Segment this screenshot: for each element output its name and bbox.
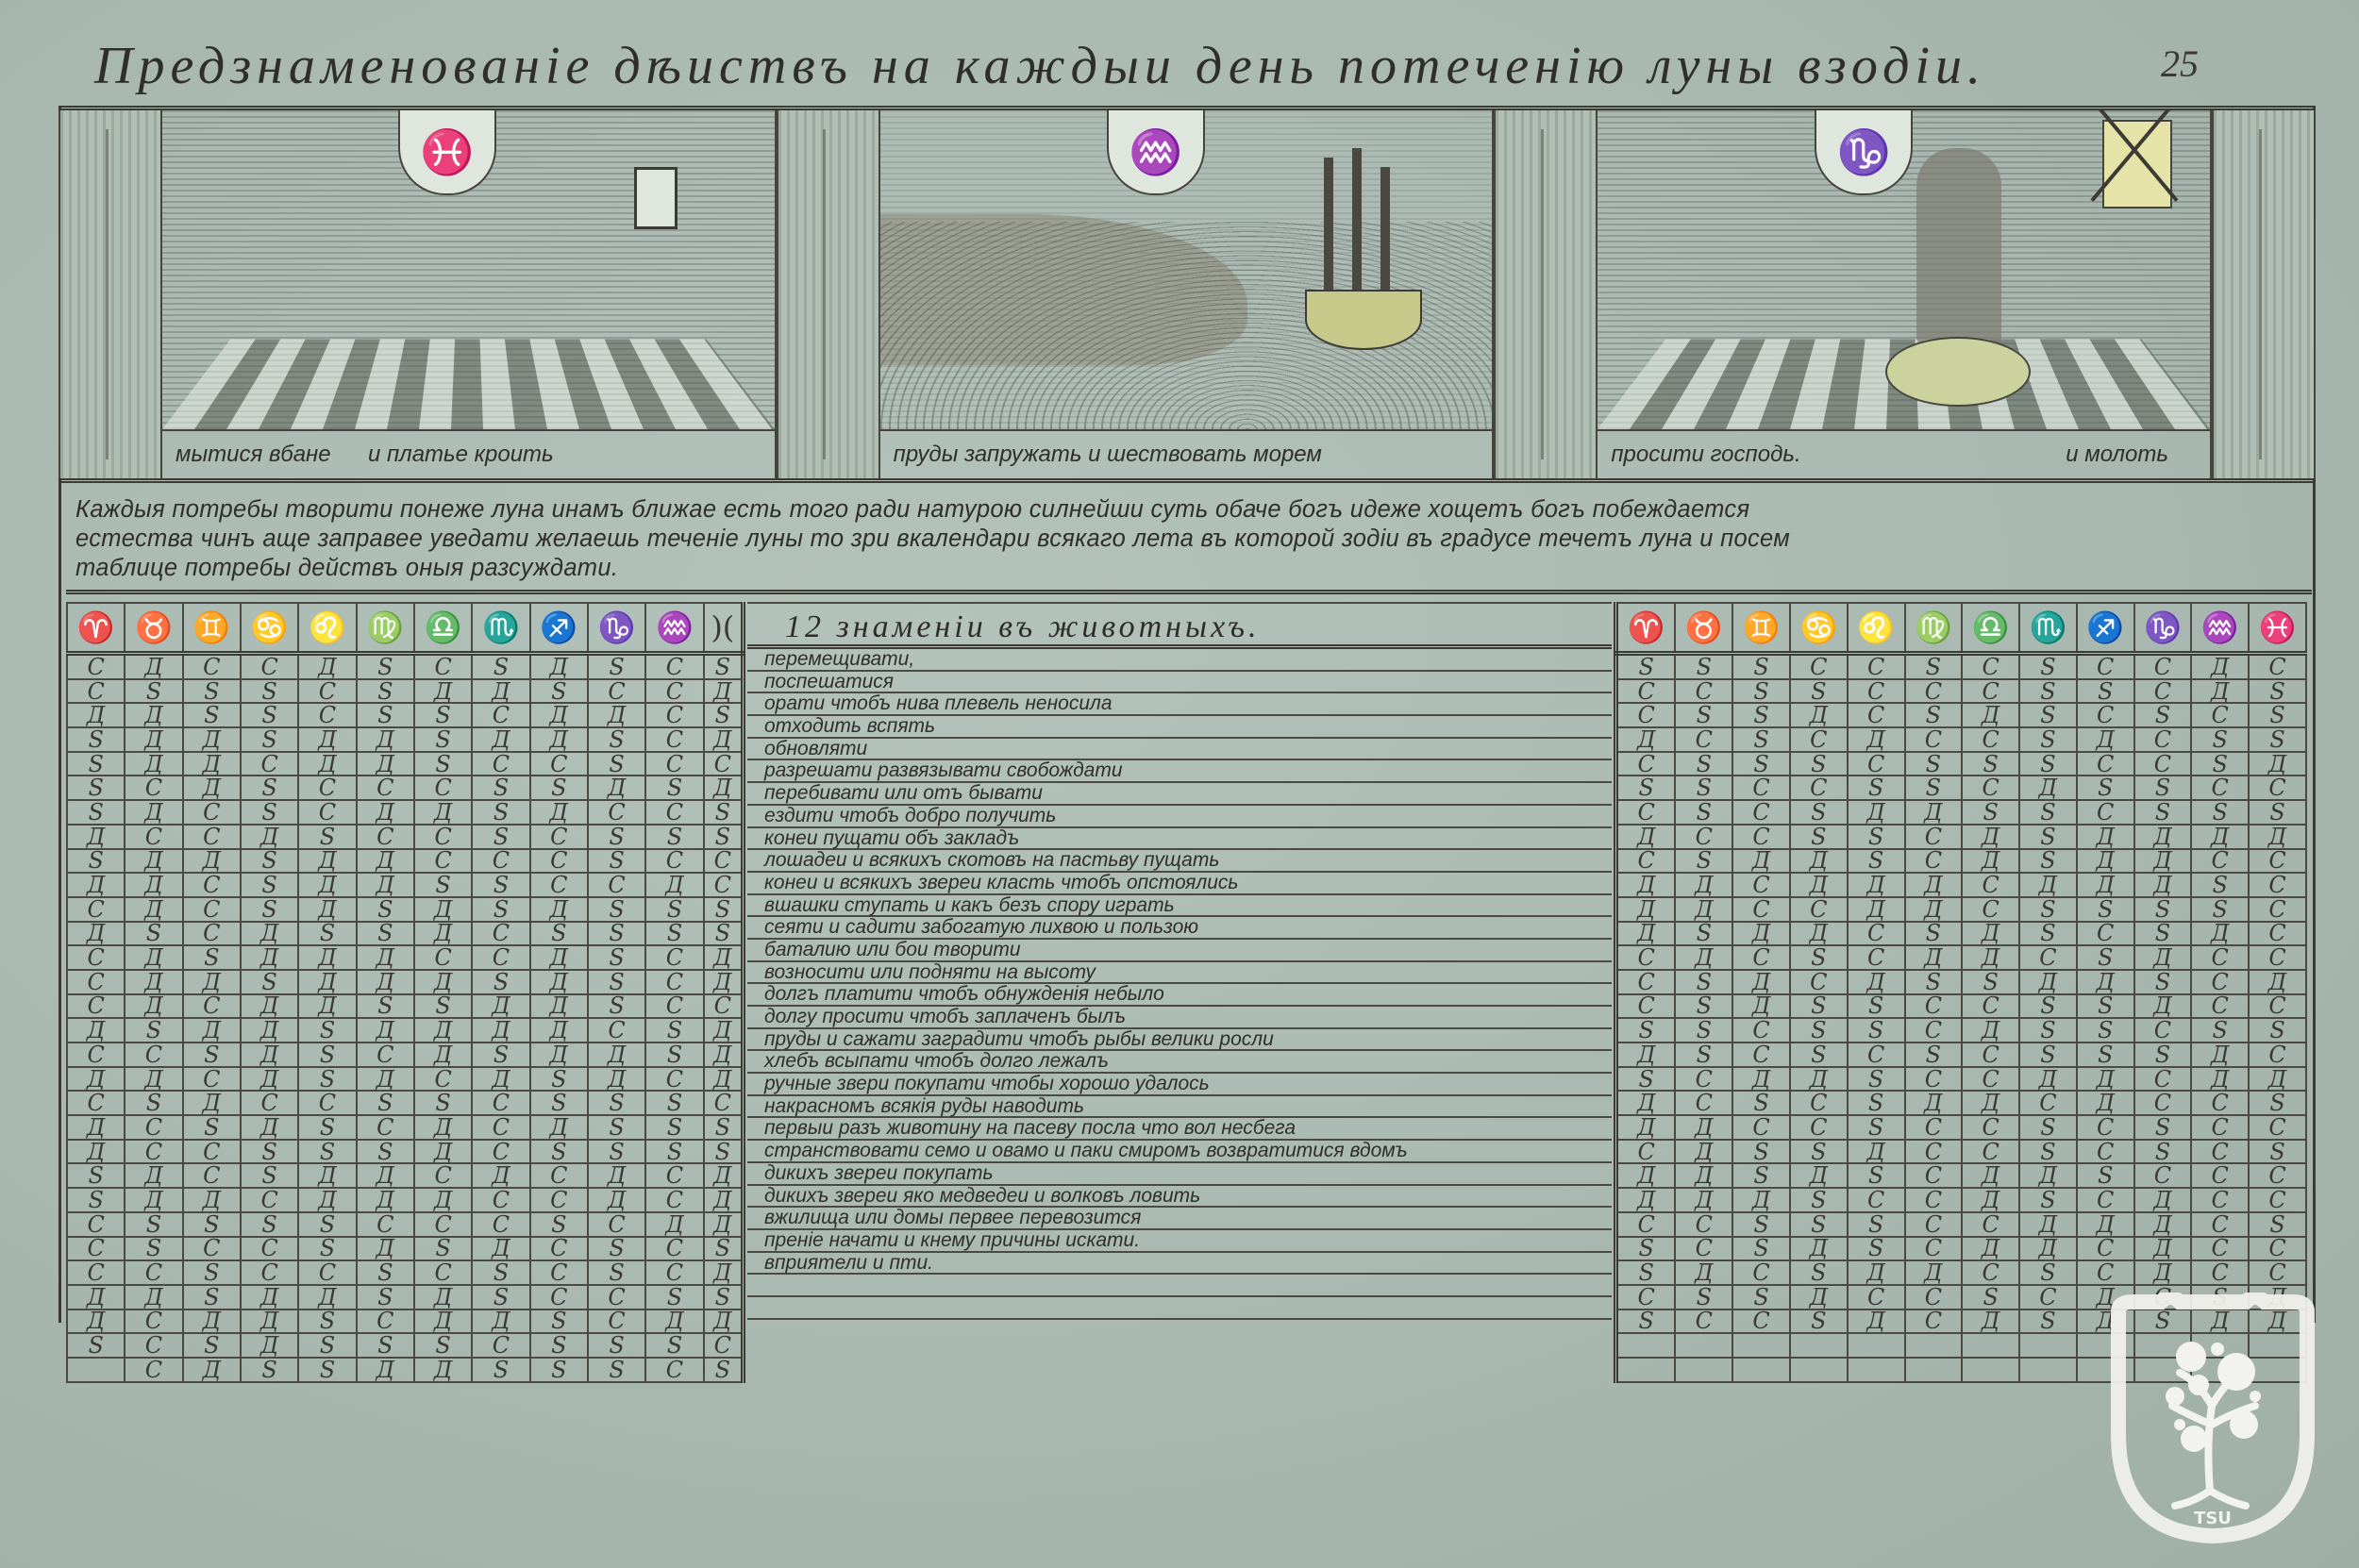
table-cell: S	[2019, 1115, 2077, 1140]
table-cell: S	[1616, 654, 1676, 679]
table-cell: S	[1962, 752, 2019, 776]
table-cell: Д	[1905, 873, 1963, 897]
window-icon	[634, 167, 678, 229]
table-cell: С	[2134, 654, 2192, 679]
table-cell: Д	[298, 1285, 356, 1309]
table-cell: S	[2077, 994, 2134, 1019]
table-cell: S	[1675, 1285, 1732, 1309]
table-cell: Д	[2249, 970, 2306, 994]
table-cell: Д	[1962, 825, 2019, 849]
table-cell: Д	[2191, 679, 2249, 704]
table-cell: С	[472, 945, 529, 970]
table-cell: С	[1905, 1067, 1963, 1092]
table-row: СДДSДДДSДSСД	[67, 970, 744, 994]
table-cell: S	[298, 1115, 356, 1140]
table-row: SДСSДДСSСДСС	[1616, 1260, 2307, 1285]
table-cell: С	[645, 727, 703, 752]
table-cell: Д	[588, 1163, 645, 1188]
table-cell: С	[1905, 1237, 1963, 1261]
table-row: ДССSSСДSДДДД	[1616, 825, 2307, 849]
table-cell: С	[125, 1043, 182, 1067]
table-cell	[2019, 1333, 2077, 1358]
table-cell: Д	[1790, 1285, 1848, 1309]
table-cell	[2019, 1358, 2077, 1382]
table-cell: Д	[357, 873, 414, 897]
table-cell: Д	[704, 970, 744, 994]
table-cell: S	[1790, 1260, 1848, 1285]
table-cell: С	[1732, 825, 1790, 849]
table-cell	[1616, 1358, 1676, 1382]
table-cell: Д	[472, 1163, 529, 1188]
table-cell: Д	[414, 1140, 472, 1164]
table-cell: С	[298, 800, 356, 825]
table-cell: S	[2019, 727, 2077, 752]
table-cell: S	[67, 752, 125, 776]
table-cell: S	[588, 970, 645, 994]
table-cell: С	[1905, 1212, 1963, 1237]
table-cell: S	[704, 1237, 744, 1261]
table-cell: Д	[414, 1188, 472, 1212]
table-cell: S	[1616, 1237, 1676, 1261]
table-cell: С	[67, 897, 125, 922]
table-cell: S	[2191, 873, 2249, 897]
table-row: СSДSSССSSДСС	[1616, 994, 2307, 1019]
table-cell: S	[357, 1285, 414, 1309]
table-cell: С	[530, 1188, 588, 1212]
table-cell: Д	[645, 873, 703, 897]
table-cell: S	[1790, 1018, 1848, 1043]
table-cell: С	[645, 1163, 703, 1188]
table-cell: Д	[414, 1309, 472, 1334]
table-cell: С	[1905, 994, 1963, 1019]
table-cell: С	[1905, 1140, 1963, 1164]
table-cell: Д	[357, 1163, 414, 1188]
table-cell: С	[67, 1260, 125, 1285]
table-cell: S	[67, 800, 125, 825]
table-cell: Д	[183, 776, 241, 800]
table-cell: С	[414, 1163, 472, 1188]
table-cell: S	[588, 1140, 645, 1164]
table-cell: Д	[357, 1067, 414, 1092]
table-cell: С	[125, 1115, 182, 1140]
zodiac-header-icon: ♌	[298, 603, 356, 654]
table-cell: S	[1905, 654, 1963, 679]
table-cell: S	[1732, 727, 1790, 752]
table-cell: С	[414, 849, 472, 874]
table-cell: С	[472, 1333, 529, 1358]
table-cell	[1962, 1358, 2019, 1382]
zodiac-header-icon: ♏	[2019, 603, 2077, 654]
table-cell: Д	[704, 945, 744, 970]
table-cell: S	[2019, 922, 2077, 946]
table-cell: Д	[2019, 1237, 2077, 1261]
activity-row: конеи и всякихъ звереи класть чтобъ опст…	[747, 873, 1612, 895]
table-row: СДSДДДССДSСД	[67, 945, 744, 970]
table-cell: С	[298, 703, 356, 727]
table-cell: Д	[530, 727, 588, 752]
table-cell: С	[298, 776, 356, 800]
table-cell: Д	[1962, 922, 2019, 946]
table-cell: S	[2019, 1043, 2077, 1067]
page-number: 25	[2161, 42, 2199, 86]
table-cell: Д	[125, 654, 182, 679]
table-cell: Д	[125, 970, 182, 994]
panel-caption: мытися вбане и платье кроить	[162, 429, 775, 478]
activity-row: баталию или бои творити	[747, 940, 1612, 962]
table-cell: S	[1616, 776, 1676, 800]
table-cell: С	[645, 970, 703, 994]
table-cell: S	[472, 1285, 529, 1309]
table-cell: S	[530, 679, 588, 704]
table-cell: Д	[414, 1285, 472, 1309]
table-row: ССSССSСSСSСД	[67, 1260, 744, 1285]
table-cell: Д	[414, 800, 472, 825]
table-cell: S	[645, 1115, 703, 1140]
table-cell: Д	[241, 1018, 298, 1043]
table-cell: С	[1732, 1115, 1790, 1140]
table-cell: S	[704, 703, 744, 727]
zodiac-header-icon: ♎	[414, 603, 472, 654]
table-cell: С	[645, 1188, 703, 1212]
table-cell: С	[2191, 945, 2249, 970]
table-cell: Д	[2191, 654, 2249, 679]
table-cell: Д	[67, 873, 125, 897]
table-row: ДДСДДДСДДДSС	[1616, 873, 2307, 897]
intro-line: таблице потребы действъ оныя разсуждати.	[75, 554, 2284, 583]
table-cell: Д	[2191, 1067, 2249, 1092]
table-cell: S	[530, 1067, 588, 1092]
illustration-panel-throne: ♑ просити господь. и молоть	[1598, 110, 2212, 478]
table-cell: С	[357, 1309, 414, 1334]
table-cell	[1790, 1358, 1848, 1382]
activity-row: возносити или подняти на высоту	[747, 962, 1612, 985]
table-cell: С	[125, 1260, 182, 1285]
table-cell: Д	[67, 1018, 125, 1043]
table-cell: S	[1848, 776, 1905, 800]
table-cell	[1675, 1358, 1732, 1382]
table-cell	[1790, 1333, 1848, 1358]
table-cell: Д	[1905, 945, 1963, 970]
table-cell: S	[241, 679, 298, 704]
table-cell: S	[472, 800, 529, 825]
table-cell: S	[298, 1309, 356, 1334]
table-cell: Д	[2249, 752, 2306, 776]
table-cell: С	[1905, 825, 1963, 849]
table-cell: Д	[1616, 1115, 1676, 1140]
table-cell: S	[530, 1212, 588, 1237]
table-cell: Д	[2249, 1067, 2306, 1092]
activity-row: первыи разъ животину на пасеву посла что…	[747, 1118, 1612, 1141]
table-cell: Д	[183, 970, 241, 994]
table-cell: Д	[298, 994, 356, 1019]
table-cell: Д	[357, 945, 414, 970]
table-cell: S	[2134, 1115, 2192, 1140]
table-cell: Д	[1732, 849, 1790, 874]
table-cell: С	[1848, 654, 1905, 679]
table-cell: С	[2191, 776, 2249, 800]
table-cell: С	[1790, 1115, 1848, 1140]
activity-row: ездити чтобъ добро получить	[747, 806, 1612, 828]
table-cell: S	[472, 970, 529, 994]
right-zodiac-grid: ♈♉♊♋♌♍♎♏♐♑♒♓ SSSССSСSССДСССSSСССSSСДSСSS…	[1614, 602, 2307, 1383]
table-cell: S	[241, 873, 298, 897]
table-cell: S	[2019, 1260, 2077, 1285]
table-cell: S	[241, 727, 298, 752]
left-zodiac-grid: ♈♉♊♋♌♍♎♏♐♑♒)( СДССДSСSДSСSСSSSСSДДSССДДД…	[66, 602, 745, 1383]
table-row: СSСSДДSSСSSS	[1616, 800, 2307, 825]
table-cell: С	[645, 654, 703, 679]
zodiac-header-icon: ♌	[1848, 603, 1905, 654]
table-cell: Д	[2134, 1237, 2192, 1261]
table-row: SДДSДДSДДSСД	[67, 727, 744, 752]
table-row: СДСSДSДSДSSS	[67, 897, 744, 922]
table-cell: S	[588, 1091, 645, 1115]
activity-row: долгу просити чтобъ заплаченъ былъ	[747, 1007, 1612, 1029]
zodiac-header-icon: ♈	[1616, 603, 1676, 654]
table-cell: Д	[645, 1309, 703, 1334]
table-cell: Д	[241, 825, 298, 849]
table-cell: S	[1848, 849, 1905, 874]
table-cell: S	[1732, 1163, 1790, 1188]
table-cell: Д	[1848, 1260, 1905, 1285]
aquarius-icon: ♒	[1107, 110, 1205, 195]
table-cell: С	[645, 800, 703, 825]
table-cell: S	[241, 1140, 298, 1164]
activity-row: орати чтобъ нива плевель неносила	[747, 693, 1612, 716]
table-cell: С	[357, 1115, 414, 1140]
table-cell: Д	[1848, 1140, 1905, 1164]
table-row: SСSДSСДДСДСС	[1616, 1237, 2307, 1261]
table-cell: С	[530, 825, 588, 849]
table-cell: Д	[241, 1309, 298, 1334]
table-cell: С	[1675, 1309, 1732, 1334]
table-cell: С	[1732, 897, 1790, 922]
table-cell: С	[588, 1018, 645, 1043]
table-cell: S	[1616, 1067, 1676, 1092]
table-cell: С	[67, 1237, 125, 1261]
table-cell: S	[588, 1260, 645, 1285]
intro-line: естества чинъ аще заправее уведати желае…	[75, 525, 2284, 554]
table-cell: S	[1962, 800, 2019, 825]
table-cell: С	[2191, 1237, 2249, 1261]
table-cell: Д	[2077, 849, 2134, 874]
activity-row: конеи пущати объ закладъ	[747, 828, 1612, 851]
table-cell: Д	[298, 849, 356, 874]
table-cell: S	[241, 800, 298, 825]
table-cell: С	[2019, 945, 2077, 970]
table-cell: S	[472, 897, 529, 922]
table-cell: S	[2077, 1018, 2134, 1043]
table-cell: Д	[241, 1333, 298, 1358]
table-cell: S	[1790, 1212, 1848, 1237]
table-cell: С	[414, 654, 472, 679]
table-cell: Д	[414, 897, 472, 922]
table-cell: Д	[704, 1260, 744, 1285]
table-cell: Д	[1962, 849, 2019, 874]
zodiac-header-icon: ♎	[1962, 603, 2019, 654]
table-cell: Д	[1848, 800, 1905, 825]
table-cell: С	[645, 1260, 703, 1285]
table-cell: S	[298, 1333, 356, 1358]
table-cell: S	[2191, 752, 2249, 776]
table-row: ДSДДSДДДДСSД	[67, 1018, 744, 1043]
table-cell: Д	[125, 703, 182, 727]
table-cell: Д	[704, 1043, 744, 1067]
zodiac-header-icon: ♏	[472, 603, 529, 654]
table-cell: С	[414, 1260, 472, 1285]
table-cell: С	[2249, 654, 2306, 679]
table-cell: S	[125, 1237, 182, 1261]
table-cell: С	[183, 873, 241, 897]
table-cell: Д	[1675, 945, 1732, 970]
table-cell: Д	[2019, 970, 2077, 994]
table-cell: S	[2019, 1309, 2077, 1334]
table-cell: S	[2134, 776, 2192, 800]
table-row: СДСSСДДСSДСС	[1616, 945, 2307, 970]
table-cell: S	[183, 1285, 241, 1309]
table-cell: S	[1732, 1212, 1790, 1237]
table-cell: С	[530, 873, 588, 897]
table-row: СSДДSСДSДДСС	[1616, 849, 2307, 874]
table-cell: S	[2019, 1018, 2077, 1043]
tsu-shield-logo-icon: TSU	[2104, 1293, 2321, 1547]
table-cell: С	[2249, 1260, 2306, 1285]
table-cell: S	[2077, 1043, 2134, 1067]
activity-row: пруды и сажати заградити чтобъ рыбы вели…	[747, 1029, 1612, 1052]
table-cell: Д	[2134, 945, 2192, 970]
table-cell: Д	[298, 727, 356, 752]
windmill-icon	[2102, 120, 2172, 209]
table-cell: S	[357, 1333, 414, 1358]
pedestal	[1885, 337, 2031, 407]
table-cell: Д	[357, 1188, 414, 1212]
table-cell: Д	[357, 970, 414, 994]
table-cell: С	[2077, 654, 2134, 679]
table-cell: С	[1732, 1018, 1790, 1043]
table-cell: С	[125, 1140, 182, 1164]
table-cell: S	[2134, 1140, 2192, 1164]
table-cell: С	[183, 897, 241, 922]
zodiac-header-icon: ♉	[1675, 603, 1732, 654]
table-cell: С	[298, 1260, 356, 1285]
table-cell: Д	[357, 1018, 414, 1043]
table-cell: Д	[125, 800, 182, 825]
table-cell: С	[241, 1260, 298, 1285]
table-cell: S	[1848, 1067, 1905, 1092]
table-cell: S	[530, 1309, 588, 1334]
table-cell: С	[704, 873, 744, 897]
table-cell: Д	[1790, 1067, 1848, 1092]
table-cell: Д	[241, 1285, 298, 1309]
table-cell: С	[2077, 800, 2134, 825]
table-cell: Д	[2019, 1163, 2077, 1188]
table-cell: S	[1732, 1091, 1790, 1115]
table-cell: S	[183, 703, 241, 727]
table-row: SДСSДДСДСДСД	[67, 1163, 744, 1188]
table-cell: S	[588, 825, 645, 849]
table-cell: S	[1790, 1140, 1848, 1164]
intro-line: Каждыя потребы творити понеже луна инамъ…	[75, 495, 2284, 525]
table-cell: Д	[183, 752, 241, 776]
table-cell: С	[2134, 1091, 2192, 1115]
zodiac-header-icon: ♒	[645, 603, 703, 654]
table-cell: С	[1848, 1188, 1905, 1212]
table-cell: С	[1848, 752, 1905, 776]
table-cell: S	[2249, 703, 2306, 727]
table-cell: S	[414, 752, 472, 776]
table-cell: С	[472, 1188, 529, 1212]
table-cell: С	[588, 800, 645, 825]
activity-row: долгъ платити чтобъ обнужденія небыло	[747, 984, 1612, 1007]
table-row: СSССSДSДСSСS	[67, 1237, 744, 1261]
table-cell	[1848, 1333, 1905, 1358]
table-cell: S	[1675, 800, 1732, 825]
table-cell: Д	[1962, 1163, 2019, 1188]
table-cell: Д	[1616, 825, 1676, 849]
table-cell: С	[183, 1237, 241, 1261]
table-cell: Д	[414, 1018, 472, 1043]
table-cell: Д	[241, 1043, 298, 1067]
table-cell: С	[530, 1260, 588, 1285]
table-cell: Д	[298, 654, 356, 679]
table-cell: S	[645, 1018, 703, 1043]
table-cell: С	[1905, 679, 1963, 704]
table-cell: С	[1675, 825, 1732, 849]
activity-row	[747, 1297, 1612, 1320]
table-cell: S	[2077, 897, 2134, 922]
table-cell: Д	[1848, 873, 1905, 897]
table-cell: С	[2249, 776, 2306, 800]
table-cell: С	[1962, 1260, 2019, 1285]
zodiac-header-icon: ♊	[183, 603, 241, 654]
table-cell: Д	[125, 1285, 182, 1309]
table-cell: S	[2019, 654, 2077, 679]
table-cell: С	[1616, 679, 1676, 704]
table-cell: С	[2249, 922, 2306, 946]
table-row: ДДДSССДSСДСС	[1616, 1188, 2307, 1212]
table-cell: S	[1732, 1140, 1790, 1164]
table-cell: Д	[125, 1188, 182, 1212]
table-cell: S	[588, 945, 645, 970]
table-cell: С	[2191, 1115, 2249, 1140]
table-cell: S	[588, 1115, 645, 1140]
table-cell: Д	[357, 727, 414, 752]
activity-row: обновляти	[747, 739, 1612, 761]
table-cell: Д	[588, 1188, 645, 1212]
table-cell: Д	[704, 1188, 744, 1212]
table-cell: Д	[530, 1115, 588, 1140]
table-cell: С	[2191, 1212, 2249, 1237]
zodiac-header-icon: ♋	[1790, 603, 1848, 654]
table-cell: S	[704, 654, 744, 679]
table-cell: S	[414, 1091, 472, 1115]
table-cell: S	[2019, 1140, 2077, 1164]
table-cell: С	[1732, 873, 1790, 897]
zodiac-header-icon: ♐	[2077, 603, 2134, 654]
table-cell: Д	[1790, 1163, 1848, 1188]
table-cell: S	[645, 1333, 703, 1358]
table-cell: Д	[125, 1163, 182, 1188]
table-cell: S	[67, 1163, 125, 1188]
table-cell: Д	[1790, 1237, 1848, 1261]
table-cell: С	[645, 1067, 703, 1092]
table-cell: С	[298, 1091, 356, 1115]
table-cell: S	[1905, 752, 1963, 776]
table-cell: Д	[2077, 970, 2134, 994]
table-cell: С	[472, 1115, 529, 1140]
table-cell: S	[2249, 1018, 2306, 1043]
table-cell: S	[1848, 994, 1905, 1019]
